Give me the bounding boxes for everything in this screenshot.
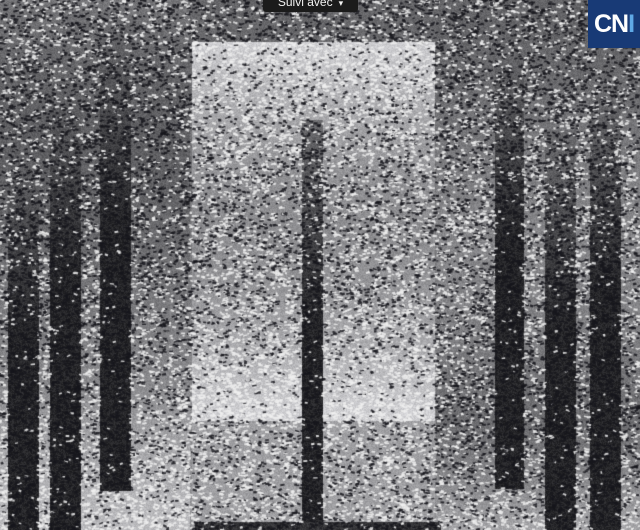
logo-text-accent: I	[628, 10, 634, 39]
follow-menu-label: Suivi avec	[278, 0, 333, 10]
channel-logo: CNI	[588, 0, 640, 48]
video-frame[interactable]: Suivi avec ▾ CNI	[0, 0, 640, 530]
artwork-image	[0, 0, 640, 530]
chevron-down-icon: ▾	[339, 0, 344, 10]
logo-text-main: CN	[594, 10, 628, 39]
follow-menu-button[interactable]: Suivi avec ▾	[263, 0, 358, 12]
